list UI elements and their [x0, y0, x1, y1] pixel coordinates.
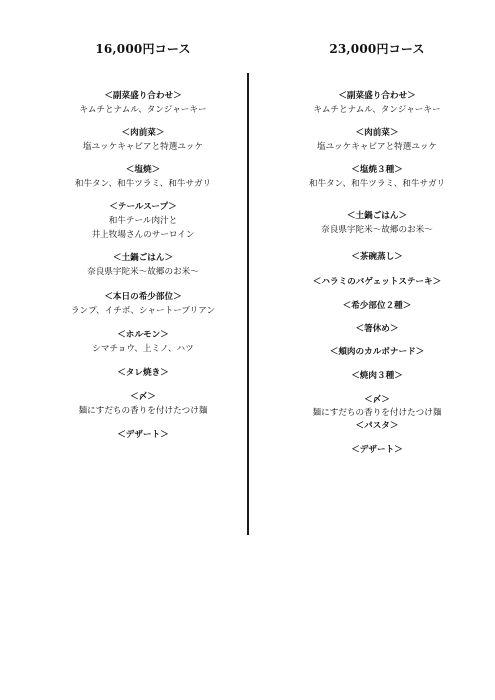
menu-section-heading: ＜テールスープ＞: [28, 201, 258, 213]
menu-section-heading: ＜本日の希少部位＞: [28, 291, 258, 303]
menu-section-heading: ＜土鍋ごはん＞: [28, 252, 258, 264]
menu-section-heading: ＜ハラミのバゲェットステーキ＞: [262, 276, 492, 288]
menu-section-heading: ＜肉前菜＞: [262, 127, 492, 139]
menu-section-heading: ＜塩焼３種＞: [262, 164, 492, 176]
menu-section-heading: ＜パスタ＞: [262, 420, 492, 432]
menu-section-heading: ＜副菜盛り合わせ＞: [262, 90, 492, 102]
menu-item-text: 和牛タン、和牛ツラミ、和牛サガリ: [28, 178, 258, 190]
menu-section-heading: ＜焼肉３種＞: [262, 370, 492, 382]
menu-section-heading: ＜希少部位２種＞: [262, 300, 492, 312]
course-title: 23,000円コース: [262, 40, 492, 57]
menu-item-text: キムチとナムル、タンジャーキー: [262, 104, 492, 116]
menu-section-heading: ＜デザート＞: [28, 429, 258, 441]
menu-section-heading: ＜肉前菜＞: [28, 127, 258, 139]
menu-section-heading: ＜デザート＞: [262, 444, 492, 456]
course-title: 16,000円コース: [28, 40, 258, 57]
menu-section-heading: ＜〆＞: [28, 391, 258, 403]
menu-item-text: 麺にすだちの香りを付けたつけ麺: [28, 405, 258, 417]
menu-section-heading: ＜茶碗蒸し＞: [262, 251, 492, 263]
menu-section-heading: ＜塩焼＞: [28, 164, 258, 176]
menu-item-text: 和牛タン、和牛ツラミ、和牛サガリ: [262, 178, 492, 190]
menu-section-heading: ＜頬肉のカルボナード＞: [262, 346, 492, 358]
menu-section-heading: ＜土鍋ごはん＞: [262, 210, 492, 222]
menu-item-text: 奈良県宇陀米～故郷のお米～: [28, 266, 258, 278]
menu-section-heading: ＜箸休め＞: [262, 323, 492, 335]
menu-section-heading: ＜副菜盛り合わせ＞: [28, 90, 258, 102]
menu-section-heading: ＜ホルモン＞: [28, 329, 258, 341]
menu-item-text: キムチとナムル、タンジャーキー: [28, 104, 258, 116]
menu-item-text: 塩ユッケキャビアと特選ユッケ: [262, 141, 492, 153]
menu-item-text: シマチョウ、上ミノ、ハツ: [28, 343, 258, 355]
menu-item-text: 井上牧場さんのサーロイン: [28, 229, 258, 241]
menu-item-text: 和牛テール肉汁と: [28, 215, 258, 227]
menu-item-text: 奈良県宇陀米～故郷のお米～: [262, 224, 492, 236]
column-divider: [247, 73, 249, 535]
menu-section-heading: ＜タレ焼き＞: [28, 367, 258, 379]
menu-section-heading: ＜〆＞: [262, 394, 492, 406]
menu-item-text: 塩ユッケキャビアと特選ユッケ: [28, 141, 258, 153]
menu-item-text: 麺にすだちの香りを付けたつけ麺: [262, 407, 492, 419]
menu-item-text: ランプ、イチボ、シャートーブリアン: [28, 305, 258, 317]
